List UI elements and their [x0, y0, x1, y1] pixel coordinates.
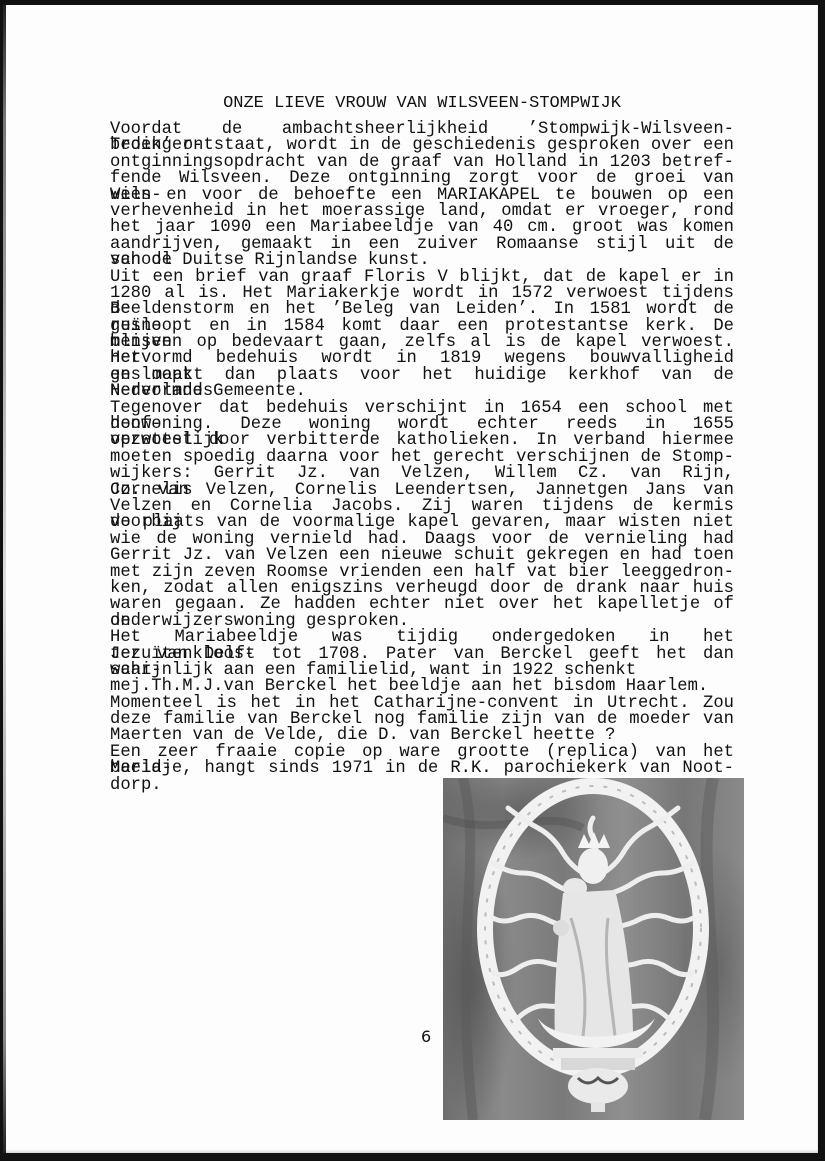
madonna-photo [443, 778, 744, 1120]
body-text: Voordat de ambachtsheerlijkheid ’Stompwi… [110, 122, 734, 794]
page-number: 6 [421, 1027, 431, 1046]
madonna-statue-image [443, 778, 744, 1120]
page-title: ONZE LIEVE VROUW VAN WILSVEEN-STOMPWIJK [3, 94, 825, 113]
scan-edge [3, 5, 6, 1153]
text-line: beeldje, hangt sinds 1971 in de R.K. par… [110, 761, 734, 777]
text-line-content: beeldje, hangt sinds 1971 in de R.K. par… [110, 761, 734, 777]
